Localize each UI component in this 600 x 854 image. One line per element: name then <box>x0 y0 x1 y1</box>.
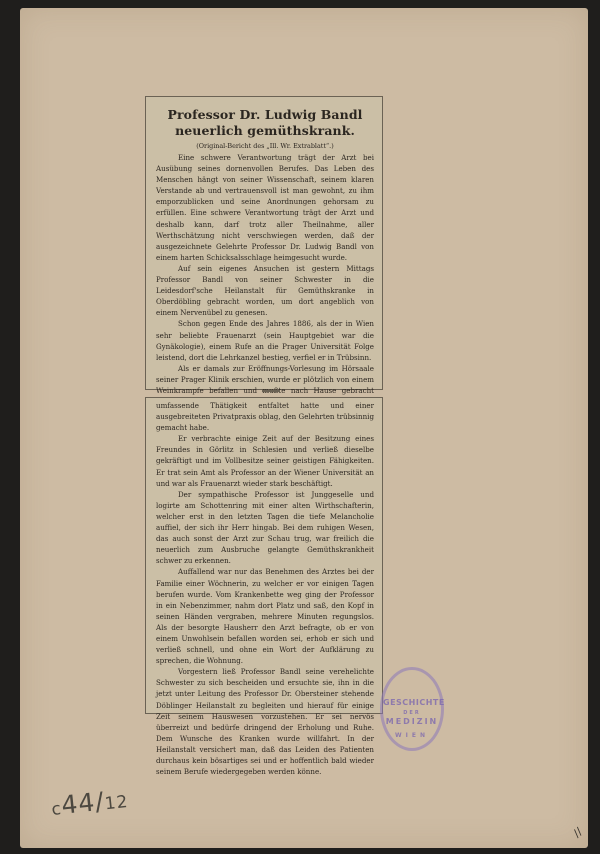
clipping-separator <box>262 390 280 392</box>
newspaper-clipping-top: Professor Dr. Ludwig Bandl neuerlich gem… <box>145 96 383 390</box>
clipping-paragraph: Auf sein eigenes Ansuchen ist gestern Mi… <box>156 263 374 318</box>
stamp-line: WIEN <box>383 732 441 739</box>
clipping-paragraph: Vorgestern ließ Professor Bandl seine ve… <box>156 666 374 777</box>
newspaper-clipping-bottom: umfassende Thätigkeit entfaltet hatte un… <box>145 397 383 714</box>
clipping-paragraph: umfassende Thätigkeit entfaltet hatte un… <box>156 400 374 433</box>
clipping-byline: (Original-Bericht des „Ill. Wr. Extrabla… <box>156 141 374 151</box>
clipping-paragraph: Auffallend war nur das Benehmen des Arzt… <box>156 566 374 666</box>
clipping-paragraph: Der sympathische Professor ist Junggesel… <box>156 489 374 567</box>
clipping-headline: Professor Dr. Ludwig Bandl neuerlich gem… <box>156 107 374 139</box>
clipping-paragraph: Schon gegen Ende des Jahres 1886, als de… <box>156 318 374 362</box>
stamp-line: DER <box>383 710 441 716</box>
clipping-paragraph: Er verbrachte einige Zeit auf der Besitz… <box>156 433 374 488</box>
library-stamp: GESCHICHTE DER MEDIZIN WIEN <box>380 667 444 751</box>
stamp-line: MEDIZIN <box>383 717 441 726</box>
stamp-line: GESCHICHTE <box>383 698 441 707</box>
catalog-main: 44/ <box>60 787 106 820</box>
catalog-sub: 12 <box>104 792 130 814</box>
clipping-paragraph: Eine schwere Verantwortung trägt der Arz… <box>156 152 374 263</box>
